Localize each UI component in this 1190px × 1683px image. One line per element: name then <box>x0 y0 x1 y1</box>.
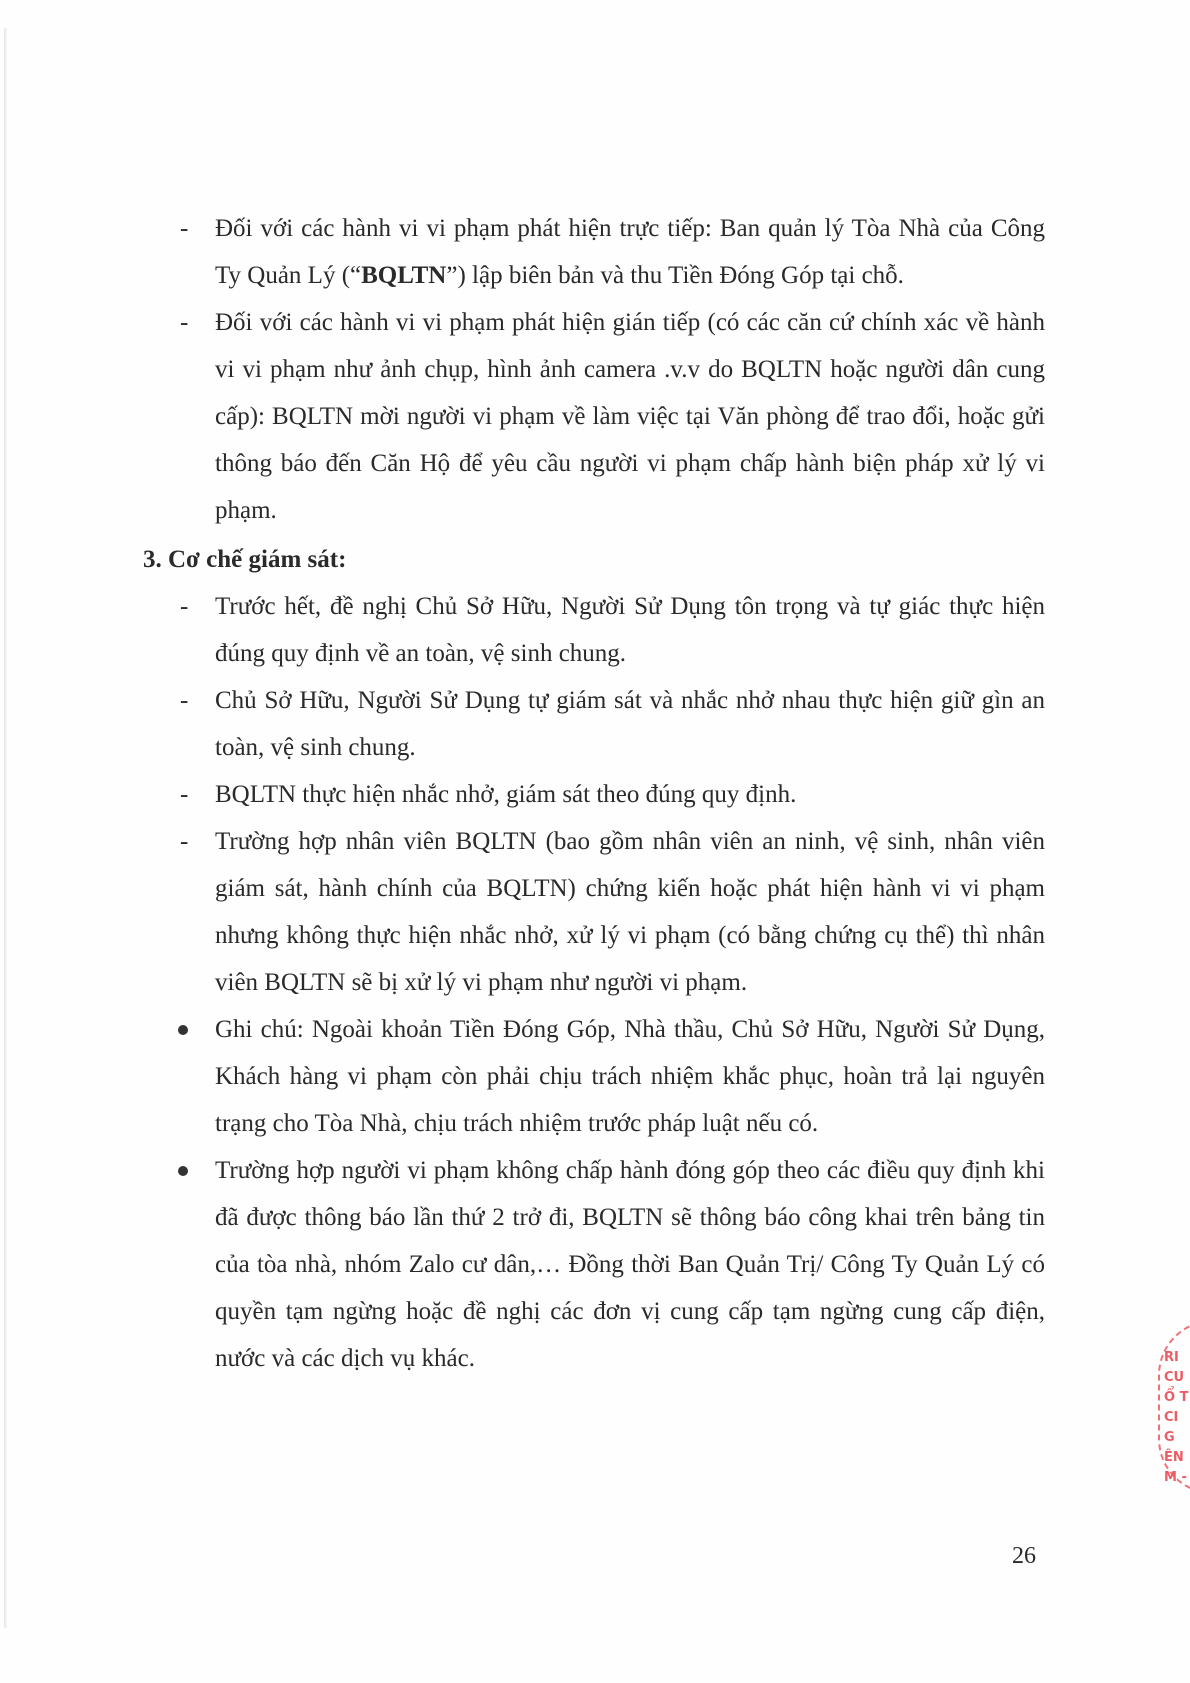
item-text: Trước hết, đề nghị Chủ Sở Hữu, Người Sử … <box>215 593 1045 667</box>
item-text: Trường hợp nhân viên BQLTN (bao gồm nhân… <box>215 828 1045 996</box>
item-text: Chủ Sở Hữu, Người Sử Dụng tự giám sát và… <box>215 687 1045 761</box>
list-item: - Trước hết, đề nghị Chủ Sở Hữu, Người S… <box>0 583 1190 677</box>
stamp-fragment: CU <box>1164 1368 1188 1388</box>
dash-marker: - <box>180 677 200 724</box>
bullet-icon <box>178 1166 188 1176</box>
dash-marker: - <box>180 299 200 346</box>
stamp-fragment: ÊN <box>1164 1448 1188 1468</box>
note-item: Ghi chú: Ngoài khoản Tiền Đóng Góp, Nhà … <box>0 1006 1190 1147</box>
item-text: ”) lập biên bản và thu Tiền Đóng Góp tại… <box>446 262 904 289</box>
list-item: - Chủ Sở Hữu, Người Sử Dụng tự giám sát … <box>0 677 1190 771</box>
note-text: Trường hợp người vi phạm không chấp hành… <box>215 1157 1045 1372</box>
item-text: BQLTN thực hiện nhắc nhở, giám sát theo … <box>215 781 796 808</box>
dash-marker: - <box>180 583 200 630</box>
stamp-fragment: G <box>1164 1428 1188 1448</box>
list-item: - Đối với các hành vi vi phạm phát hiện … <box>0 299 1190 534</box>
item-text-bold: BQLTN <box>361 262 446 289</box>
red-seal-stamp: RICUỔ TCIGÊNM - <box>1158 1320 1190 1490</box>
page-number: 26 <box>1012 1543 1036 1570</box>
page-content: - Đối với các hành vi vi phạm phát hiện … <box>0 205 1190 1382</box>
stamp-fragment: M - <box>1164 1468 1188 1488</box>
note-item: Trường hợp người vi phạm không chấp hành… <box>0 1147 1190 1382</box>
dash-marker: - <box>180 771 200 818</box>
stamp-fragment: Ổ T <box>1164 1388 1188 1408</box>
list-item: - BQLTN thực hiện nhắc nhở, giám sát the… <box>0 771 1190 818</box>
note-text: Ghi chú: Ngoài khoản Tiền Đóng Góp, Nhà … <box>215 1016 1045 1137</box>
stamp-fragment: CI <box>1164 1408 1188 1428</box>
dash-marker: - <box>180 205 200 252</box>
section-heading: 3. Cơ chế giám sát: <box>0 536 1190 583</box>
list-item: - Đối với các hành vi vi phạm phát hiện … <box>0 205 1190 299</box>
item-text: Đối với các hành vi vi phạm phát hiện gi… <box>215 309 1045 524</box>
document-page: - Đối với các hành vi vi phạm phát hiện … <box>0 0 1190 1683</box>
list-item: - Trường hợp nhân viên BQLTN (bao gồm nh… <box>0 818 1190 1006</box>
stamp-fragment: RI <box>1164 1348 1188 1368</box>
dash-marker: - <box>180 818 200 865</box>
bullet-icon <box>178 1025 188 1035</box>
stamp-fragments: RICUỔ TCIGÊNM - <box>1164 1348 1188 1488</box>
